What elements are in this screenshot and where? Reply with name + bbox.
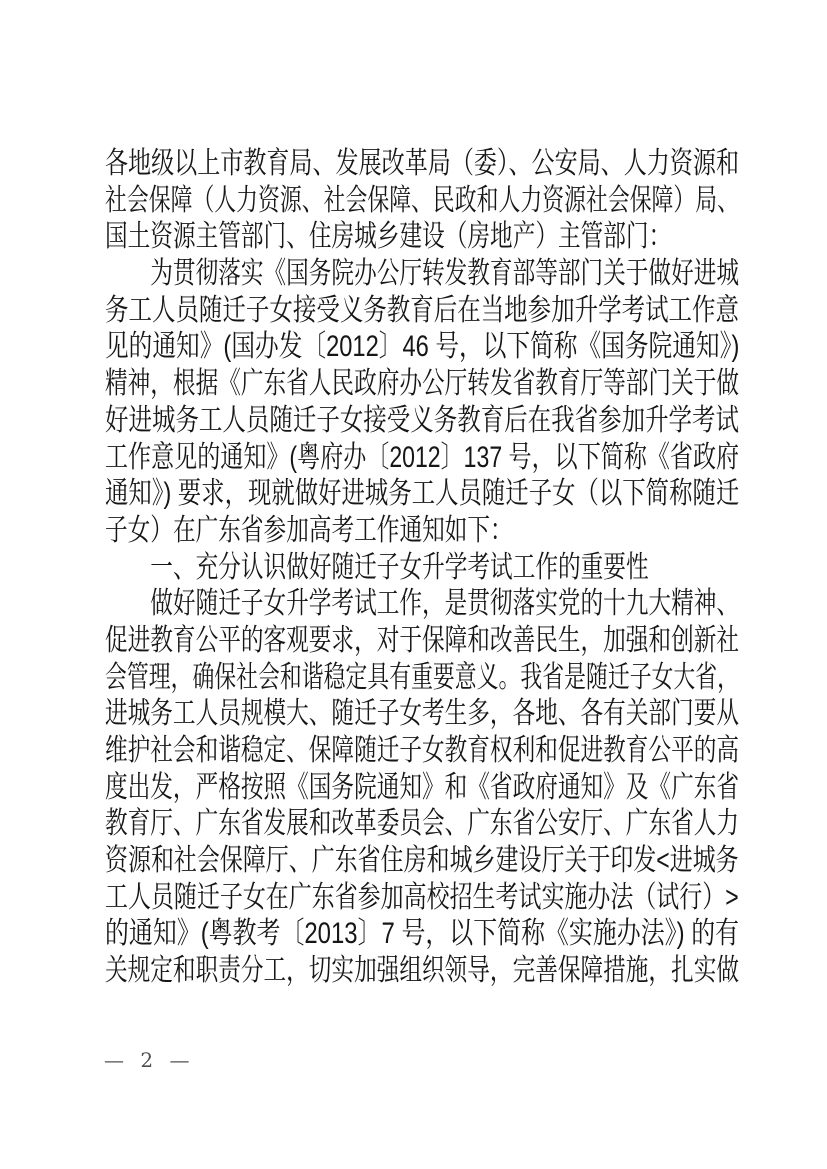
page-number: — 2 — [104, 1048, 193, 1072]
text-line: 资源和社会保障厅、广东省住房和城乡建设厅关于印发<进城务 [105, 843, 745, 880]
page-footer: — 2 — [104, 1046, 193, 1074]
text-line: 好进城务工人员随迁子女接受义务教育后在我省参加升学考试 [105, 403, 745, 440]
document-body: 各地级以上市教育局、发展改革局（委）、公安局、人力资源和社会保障（人力资源、社会… [105, 146, 745, 990]
text-line: 子女）在广东省参加高考工作通知如下： [105, 513, 745, 550]
text-line: 维护社会和谐稳定、保障随迁子女教育权利和促进教育公平的高 [105, 733, 745, 770]
addressees-paragraph: 各地级以上市教育局、发展改革局（委）、公安局、人力资源和社会保障（人力资源、社会… [105, 146, 745, 256]
text-line: 会管理，确保社会和谐稳定具有重要意义。我省是随迁子女大省， [105, 660, 745, 697]
text-line: 工人员随迁子女在广东省参加高校招生考试实施办法（试行）> [105, 880, 745, 917]
text-line: 教育厅、广东省发展和改革委员会、广东省公安厅、广东省人力 [105, 806, 745, 843]
text-line: 社会保障（人力资源、社会保障、民政和人力资源社会保障）局、 [105, 183, 745, 220]
text-line: 见的通知》(国办发〔2012〕46 号，以下简称《国务院通知》) [105, 329, 745, 366]
text-line: 度出发，严格按照《国务院通知》和《省政府通知》及《广东省 [105, 770, 745, 807]
text-line: 关规定和职责分工，切实加强组织领导，完善保障措施，扎实做 [105, 953, 745, 990]
text-line: 做好随迁子女升学考试工作，是贯彻落实党的十九大精神、 [105, 586, 745, 623]
text-line: 进城务工人员规模大、随迁子女考生多，各地、各有关部门要从 [105, 696, 745, 733]
text-line: 国土资源主管部门、住房城乡建设（房地产）主管部门： [105, 219, 745, 256]
text-line: 各地级以上市教育局、发展改革局（委）、公安局、人力资源和 [105, 146, 745, 183]
document-page: 各地级以上市教育局、发展改革局（委）、公安局、人力资源和社会保障（人力资源、社会… [0, 0, 827, 1169]
text-line: 精神，根据《广东省人民政府办公厅转发省教育厅等部门关于做 [105, 366, 745, 403]
text-line: 通知》) 要求，现就做好进城务工人员随迁子女（以下简称随迁 [105, 476, 745, 513]
section-1-body-paragraph: 做好随迁子女升学考试工作，是贯彻落实党的十九大精神、促进教育公平的客观要求，对于… [105, 586, 745, 990]
text-line: 为贯彻落实《国务院办公厅转发教育部等部门关于做好进城 [105, 256, 745, 293]
text-line: 的通知》(粤教考〔2013〕7 号，以下简称《实施办法》) 的有 [105, 916, 745, 953]
section-1-heading: 一、充分认识做好随迁子女升学考试工作的重要性 [105, 550, 745, 587]
preamble-paragraph: 为贯彻落实《国务院办公厅转发教育部等部门关于做好进城务工人员随迁子女接受义务教育… [105, 256, 745, 550]
section-heading-line: 一、充分认识做好随迁子女升学考试工作的重要性 [105, 550, 745, 587]
text-line: 工作意见的通知》(粤府办〔2012〕137 号，以下简称《省政府 [105, 440, 745, 477]
text-line: 促进教育公平的客观要求，对于保障和改善民生，加强和创新社 [105, 623, 745, 660]
text-line: 务工人员随迁子女接受义务教育后在当地参加升学考试工作意 [105, 293, 745, 330]
